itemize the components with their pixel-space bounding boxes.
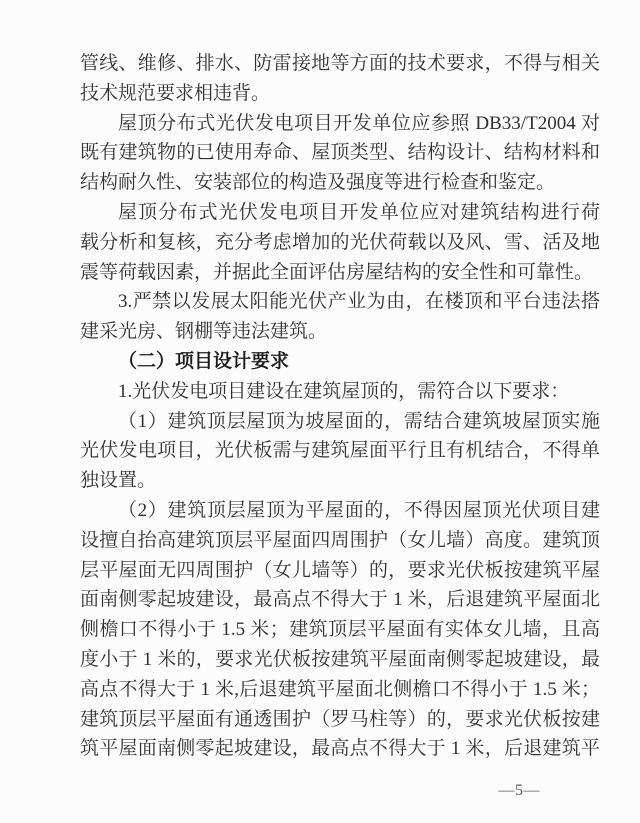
text-line: 结构耐久性、安装部位的构造及强度等进行检查和鉴定。	[80, 168, 600, 198]
section-heading: （二）项目设计要求	[80, 347, 600, 377]
text-line: 独设置。	[80, 466, 600, 496]
text-line: 建筑顶层平屋面有通透围护（罗马柱等）的，要求光伏板按建	[80, 705, 600, 735]
text-line: 既有建筑物的已使用寿命、屋顶类型、结构设计、结构材料和	[80, 138, 600, 168]
text-line: 载分析和复核，充分考虑增加的光伏荷载以及风、雪、活及地	[80, 228, 600, 258]
text-line: 1.光伏发电项目建设在建筑屋顶的，需符合以下要求：	[80, 377, 600, 407]
document-body: 管线、维修、排水、防雷接地等方面的技术要求，不得与相关技术规范要求相违背。屋顶分…	[80, 49, 600, 764]
text-line: 3.严禁以发展太阳能光伏产业为由，在楼顶和平台违法搭	[80, 287, 600, 317]
page-number: —5—	[0, 780, 640, 802]
text-line: 面南侧零起坡建设，最高点不得大于 1 米，后退建筑平屋面北	[80, 585, 600, 615]
text-line: 建采光房、钢棚等违法建筑。	[80, 317, 600, 347]
text-line: 技术规范要求相违背。	[80, 79, 600, 109]
text-line: 屋顶分布式光伏发电项目开发单位应对建筑结构进行荷	[80, 198, 600, 228]
text-line: 筑平屋面南侧零起坡建设，最高点不得大于 1 米，后退建筑平	[80, 734, 600, 764]
text-line: 震等荷载因素，并据此全面评估房屋结构的安全性和可靠性。	[80, 258, 600, 288]
text-line: 层平屋面无四周围护（女儿墙等）的，要求光伏板按建筑平屋	[80, 556, 600, 586]
text-line: （1）建筑顶层屋顶为坡屋面的，需结合建筑坡屋顶实施	[80, 407, 600, 437]
text-line: 屋顶分布式光伏发电项目开发单位应参照 DB33/T2004 对	[80, 109, 600, 139]
text-line: 设擅自抬高建筑顶层平屋面四周围护（女儿墙）高度。建筑顶	[80, 526, 600, 556]
text-line: 度小于 1 米的，要求光伏板按建筑平屋面南侧零起坡建设，最	[80, 645, 600, 675]
text-line: （2）建筑顶层屋顶为平屋面的，不得因屋顶光伏项目建	[80, 496, 600, 526]
text-line: 管线、维修、排水、防雷接地等方面的技术要求，不得与相关	[80, 49, 600, 79]
text-line: 高点不得大于 1 米,后退建筑平屋面北侧檐口不得小于 1.5 米；	[80, 675, 600, 705]
text-line: 侧檐口不得小于 1.5 米；建筑顶层平屋面有实体女儿墙，且高	[80, 615, 600, 645]
document-page: 管线、维修、排水、防雷接地等方面的技术要求，不得与相关技术规范要求相违背。屋顶分…	[0, 0, 640, 823]
text-line: 光伏发电项目，光伏板需与建筑屋面平行且有机结合，不得单	[80, 436, 600, 466]
